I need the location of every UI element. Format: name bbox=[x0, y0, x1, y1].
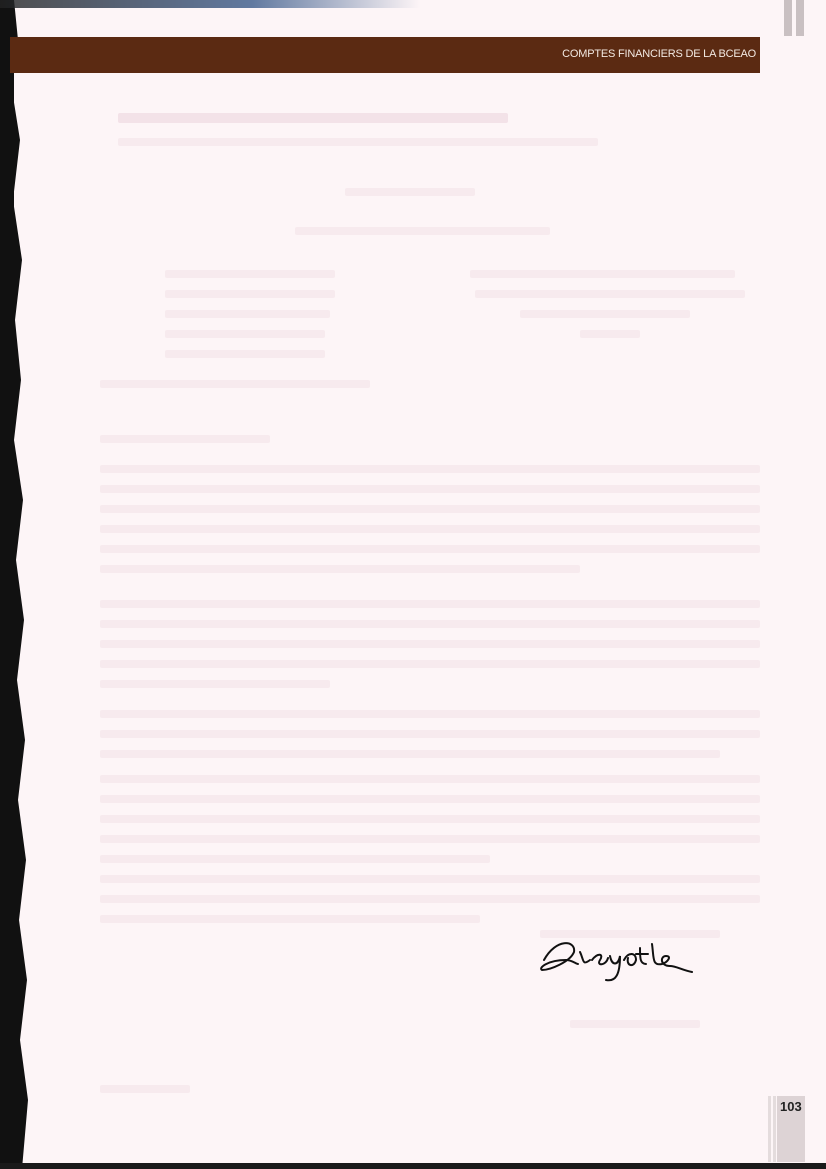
scan-bottom-edge bbox=[0, 1163, 826, 1169]
edge-stripes-top bbox=[780, 0, 804, 36]
section-title: COMPTES FINANCIERS DE LA BCEAO bbox=[562, 48, 756, 60]
torn-page-edge bbox=[0, 0, 14, 1169]
page-number: 103 bbox=[780, 1099, 802, 1114]
page-number-box: 103 bbox=[777, 1096, 805, 1162]
handwritten-signature bbox=[536, 930, 716, 995]
scan-shadow bbox=[0, 0, 420, 8]
header-bar: COMPTES FINANCIERS DE LA BCEAO bbox=[10, 37, 760, 73]
